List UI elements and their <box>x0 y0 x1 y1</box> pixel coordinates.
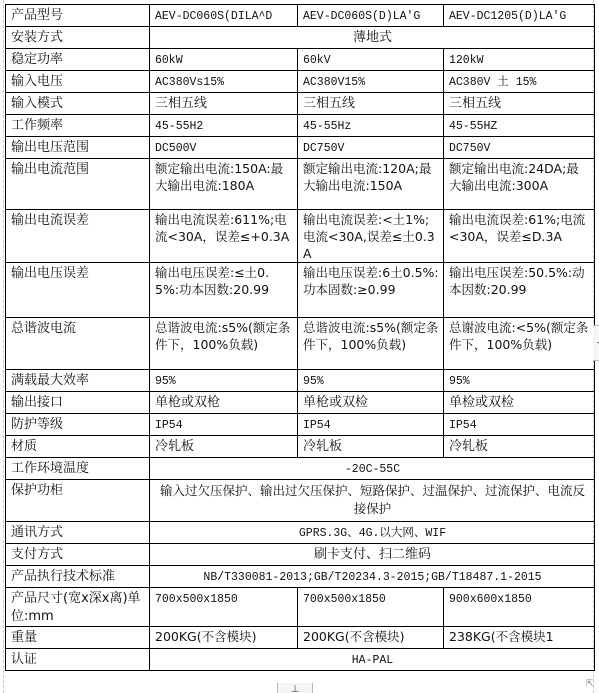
table-row-max-efficiency: 满载最大效率 95% 95% 95% <box>6 370 595 392</box>
value-cell[interactable]: 冷轧板 <box>150 436 298 458</box>
row-label[interactable]: 通讯方式 <box>6 522 150 544</box>
table-row-dimensions: 产品尺寸(宽x深x离)单位:mm 700x500x1850 700x500x18… <box>6 588 595 627</box>
row-label[interactable]: 输出接口 <box>6 392 150 414</box>
value-cell[interactable]: 700x500x1850 <box>298 588 444 627</box>
value-cell[interactable]: 单枪或双枪 <box>150 392 298 414</box>
row-label[interactable]: 满载最大效率 <box>6 370 150 392</box>
value-cell[interactable]: 95% <box>298 370 444 392</box>
value-cell[interactable]: DC750V <box>444 137 595 159</box>
row-label[interactable]: 输入电压 <box>6 71 150 93</box>
table-row-communication: 通讯方式 GPRS.3G、4G.以大网、WIF <box>6 522 595 544</box>
table-row-input-voltage: 输入电压 AC380Vs15% AC380V15% AC380V 土 15% <box>6 71 595 93</box>
row-label[interactable]: 稳定功率 <box>6 49 150 71</box>
value-cell[interactable]: 200KG(不含模块) <box>150 627 298 649</box>
table-row-frequency: 工作频率 45-55H2 45-55Hz 45-55HZ <box>6 115 595 137</box>
merged-cell[interactable]: 输入过欠压保护、输出过欠压保护、短路保护、过温保护、过流保护、电流反接保护 <box>150 480 595 522</box>
row-label[interactable]: 输出电压误差 <box>6 263 150 318</box>
value-cell[interactable]: 60kW <box>150 49 298 71</box>
value-cell[interactable]: 200KG(不含模块) <box>298 627 444 649</box>
value-cell[interactable]: 三相五线 <box>150 93 298 115</box>
row-label[interactable]: 重量 <box>6 627 150 649</box>
row-label[interactable]: 输出电流范围 <box>6 159 150 210</box>
model-cell[interactable]: AEV-DC060S(D)LA'G <box>298 5 444 27</box>
table-row-standards: 产品执行技术标准 NB/T330081-2013;GB/T20234.3-201… <box>6 566 595 588</box>
value-cell[interactable]: DC750V <box>298 137 444 159</box>
table-row-install: 安装方式 薄地式 <box>6 27 595 49</box>
merged-cell[interactable]: 刷卡支付、扫二维码 <box>150 544 595 566</box>
value-cell[interactable]: 700x500x1850 <box>150 588 298 627</box>
value-cell[interactable]: 总谢波电流:<5%(额定条件下，100%负载) <box>444 318 595 370</box>
table-row-power: 稳定功率 60kW 60kV 120kW <box>6 49 595 71</box>
value-cell[interactable]: 95% <box>444 370 595 392</box>
table-resize-icon[interactable]: ⇱ <box>586 679 596 689</box>
merged-cell[interactable]: GPRS.3G、4G.以大网、WIF <box>150 522 595 544</box>
table-row-operating-temperature: 工作环境温度 -20C-55C <box>6 458 595 480</box>
add-row-icon[interactable]: + <box>593 325 599 361</box>
merged-cell[interactable]: 薄地式 <box>150 27 595 49</box>
value-cell[interactable]: 95% <box>150 370 298 392</box>
row-label[interactable]: 材质 <box>6 436 150 458</box>
merged-cell[interactable]: -20C-55C <box>150 458 595 480</box>
row-label[interactable]: 认证 <box>6 649 150 671</box>
merged-cell[interactable]: HA-PAL <box>150 649 595 671</box>
value-cell[interactable]: 60kV <box>298 49 444 71</box>
table-row-input-mode: 输入模式 三相五线 三相五线 三相五线 <box>6 93 595 115</box>
value-cell[interactable]: 三相五线 <box>444 93 595 115</box>
table-row-protection-functions: 保护功柜 输入过欠压保护、输出过欠压保护、短路保护、过温保护、过流保护、电流反接… <box>6 480 595 522</box>
value-cell[interactable]: 输出电压误差:≤土0.5%:功本因数:20.99 <box>150 263 298 318</box>
value-cell[interactable]: IP54 <box>444 414 595 436</box>
row-label[interactable]: 总谐波电流 <box>6 318 150 370</box>
row-label[interactable]: 产品型号 <box>6 5 150 27</box>
value-cell[interactable]: 45-55HZ <box>444 115 595 137</box>
table-row-protection-class: 防护等级 IP54 IP54 IP54 <box>6 414 595 436</box>
row-label[interactable]: 输出电流误差 <box>6 210 150 263</box>
row-label[interactable]: 防护等级 <box>6 414 150 436</box>
table-row-output-voltage-error: 输出电压误差 输出电压误差:≤土0.5%:功本因数:20.99 输出电压误差:6… <box>6 263 595 318</box>
add-column-icon[interactable]: ⊥ <box>277 683 313 693</box>
value-cell[interactable]: 输出电流误差:61%;电流<30A，误差≤D.3A <box>444 210 595 263</box>
value-cell[interactable]: 45-55H2 <box>150 115 298 137</box>
row-label[interactable]: 支付方式 <box>6 544 150 566</box>
value-cell[interactable]: 输出电压误差:6土0.5%:功本固数:≥0.99 <box>298 263 444 318</box>
value-cell[interactable]: 总谐波电流:s5%(额定条件下，100%负载) <box>298 318 444 370</box>
value-cell[interactable]: 输出电流误差:611%;电流<30A，误差≤+0.3A <box>150 210 298 263</box>
row-label[interactable]: 产品尺寸(宽x深x离)单位:mm <box>6 588 150 627</box>
table-row-certification: 认证 HA-PAL <box>6 649 595 671</box>
value-cell[interactable]: 额定输出电流:24DA;最大输出电流:300A <box>444 159 595 210</box>
value-cell[interactable]: 120kW <box>444 49 595 71</box>
value-cell[interactable]: 额定输出电流:150A:最大输出电流:180A <box>150 159 298 210</box>
table-row-output-interface: 输出接口 单枪或双枪 单枪或双检 单检或双检 <box>6 392 595 414</box>
row-label[interactable]: 工作环境温度 <box>6 458 150 480</box>
page-margin-left <box>3 0 4 693</box>
model-cell[interactable]: AEV-DC1205(D)LA'G <box>444 5 595 27</box>
value-cell[interactable]: IP54 <box>150 414 298 436</box>
merged-cell[interactable]: NB/T330081-2013;GB/T20234.3-2015;GB/T184… <box>150 566 595 588</box>
table-row-harmonic-current: 总谐波电流 总谐波电流:s5%(额定条件下，100%负载) 总谐波电流:s5%(… <box>6 318 595 370</box>
value-cell[interactable]: 单枪或双检 <box>298 392 444 414</box>
spec-table[interactable]: 产品型号 AEV-DC060S(DILA^D AEV-DC060S(D)LA'G… <box>5 4 595 671</box>
table-row-material: 材质 冷轧板 冷轧板 冷轧板 <box>6 436 595 458</box>
value-cell[interactable]: AC380V15% <box>298 71 444 93</box>
row-label[interactable]: 输入模式 <box>6 93 150 115</box>
table-row-output-current-range: 输出电流范围 额定输出电流:150A:最大输出电流:180A 额定输出电流:12… <box>6 159 595 210</box>
value-cell[interactable]: IP54 <box>298 414 444 436</box>
value-cell[interactable]: 45-55Hz <box>298 115 444 137</box>
table-row-payment: 支付方式 刷卡支付、扫二维码 <box>6 544 595 566</box>
table-row-model: 产品型号 AEV-DC060S(DILA^D AEV-DC060S(D)LA'G… <box>6 5 595 27</box>
table-row-output-voltage-range: 输出电压范围 DC500V DC750V DC750V <box>6 137 595 159</box>
row-label[interactable]: 安装方式 <box>6 27 150 49</box>
row-label[interactable]: 工作频率 <box>6 115 150 137</box>
value-cell[interactable]: 输出电压误差:50.5%:动本因数:20.99 <box>444 263 595 318</box>
table-row-weight: 重量 200KG(不含模块) 200KG(不含模块) 238KG(不含模块1 <box>6 627 595 649</box>
value-cell[interactable]: 单检或双检 <box>444 392 595 414</box>
value-cell[interactable]: 三相五线 <box>298 93 444 115</box>
row-label[interactable]: 输出电压范围 <box>6 137 150 159</box>
value-cell[interactable]: 输出电流误差:<土1%;电流<30A,误差≤土0.3A <box>298 210 444 263</box>
value-cell[interactable]: 额定输出电流:120A;最大输出电流:150A <box>298 159 444 210</box>
row-label[interactable]: 产品执行技术标准 <box>6 566 150 588</box>
row-label[interactable]: 保护功柜 <box>6 480 150 522</box>
value-cell[interactable]: 900x600x1850 <box>444 588 595 627</box>
model-cell[interactable]: AEV-DC060S(DILA^D <box>150 5 298 27</box>
value-cell[interactable]: 冷轧板 <box>444 436 595 458</box>
value-cell[interactable]: AC380Vs15% <box>150 71 298 93</box>
value-cell[interactable]: 冷轧板 <box>298 436 444 458</box>
value-cell[interactable]: DC500V <box>150 137 298 159</box>
table-row-output-current-error: 输出电流误差 输出电流误差:611%;电流<30A，误差≤+0.3A 输出电流误… <box>6 210 595 263</box>
value-cell[interactable]: 总谐波电流:s5%(额定条件下，100%负载) <box>150 318 298 370</box>
value-cell[interactable]: AC380V 土 15% <box>444 71 595 93</box>
value-cell[interactable]: 238KG(不含模块1 <box>444 627 595 649</box>
